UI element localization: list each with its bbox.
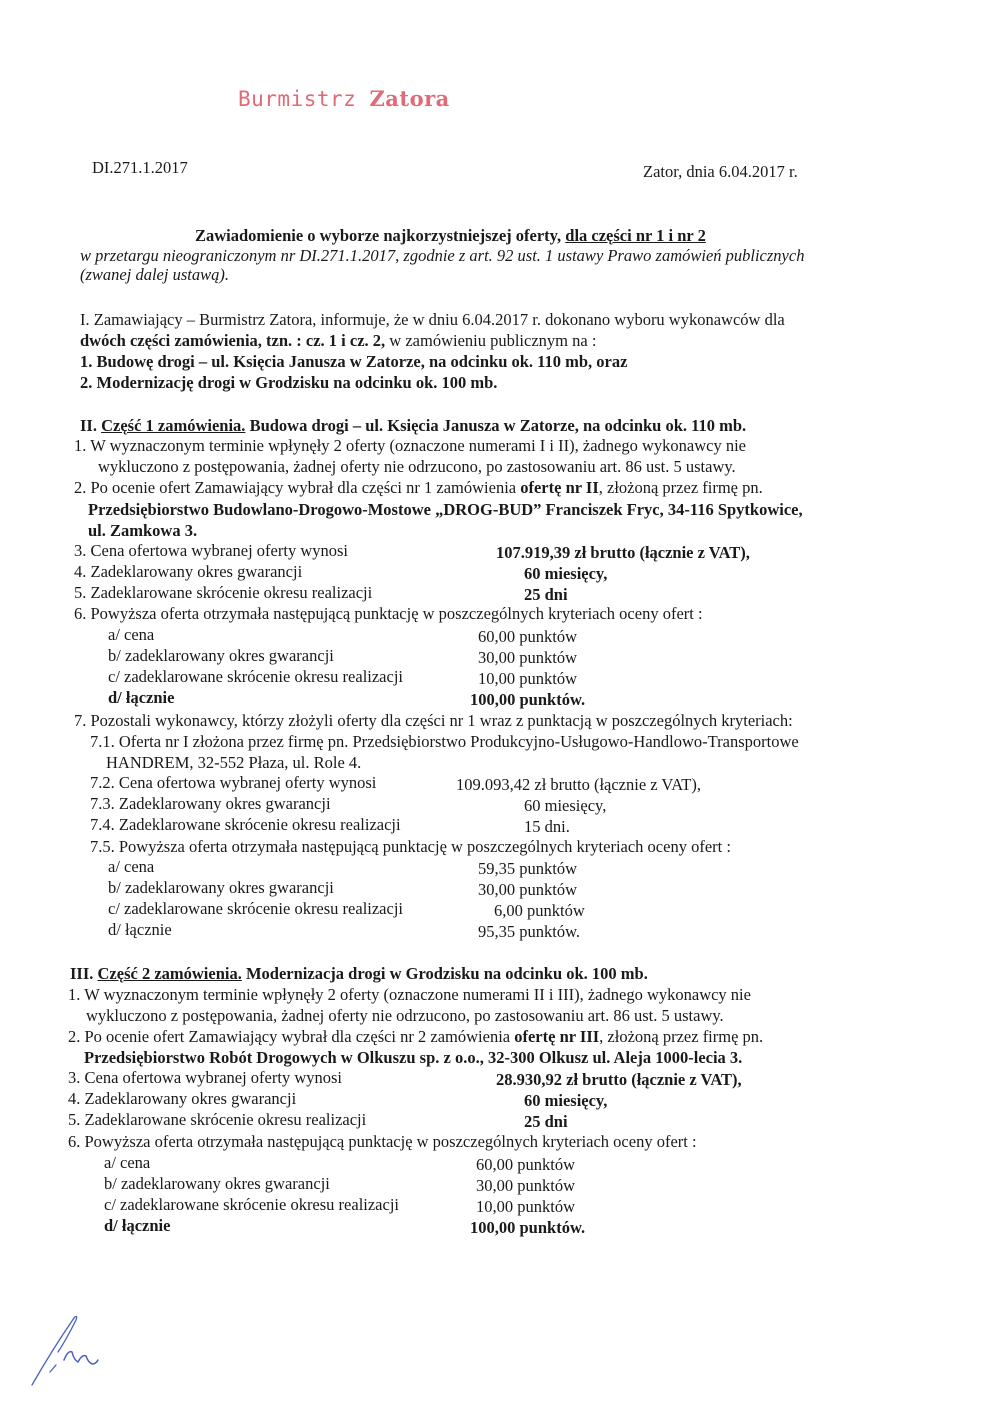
section2-heading: II. Część 1 zamówienia. Budowa drogi – u…	[80, 416, 746, 436]
section2-part-label: Część 1 zamówienia.	[101, 416, 245, 435]
place-date: Zator, dnia 6.04.2017 r.	[643, 162, 798, 182]
document-title: Zawiadomienie o wyborze najkorzystniejsz…	[195, 226, 706, 246]
section2-p2-pre: 2. Po ocenie ofert Zamawiający wybrał dl…	[74, 478, 520, 497]
section2-winner-line1: Przedsiębiorstwo Budowlano-Drogowo-Mosto…	[88, 500, 803, 520]
other-score-value: 59,35 punktów	[478, 859, 577, 879]
section3-score-value: 30,00 punktów	[476, 1176, 575, 1196]
section2-fact-label: 3. Cena ofertowa wybranej oferty wynosi	[74, 541, 348, 561]
mayor-stamp: Burmistrz Zatora	[238, 86, 450, 111]
score-value: 10,00 punktów	[478, 669, 577, 689]
score-value: 60,00 punktów	[478, 627, 577, 647]
section2-fact-label: 4. Zadeklarowany okres gwarancji	[74, 562, 302, 582]
section3-scoring-intro: 6. Powyższa oferta otrzymała następującą…	[68, 1132, 697, 1152]
section3-fact-value: 25 dni	[524, 1112, 568, 1132]
other-scoring-intro: 7.5. Powyższa oferta otrzymała następują…	[90, 837, 731, 857]
section2-p2-post: , złożoną przez firmę pn.	[599, 478, 763, 497]
section2-p2: 2. Po ocenie ofert Zamawiający wybrał dl…	[74, 478, 763, 498]
reference-number: DI.271.1.2017	[92, 158, 188, 178]
stamp-text-2: Zatora	[369, 86, 449, 111]
other-score-label: c/ zadeklarowane skrócenie okresu realiz…	[108, 899, 403, 919]
section3-heading: III. Część 2 zamówienia. Modernizacja dr…	[70, 964, 648, 984]
section3-score-value: 60,00 punktów	[476, 1155, 575, 1175]
other-fact-value: 60 miesięcy,	[524, 796, 606, 816]
section2-p1-line1: 1. W wyznaczonym terminie wpłynęły 2 ofe…	[74, 436, 746, 456]
section3-p1-line2: wykluczono z postępowania, żadnej oferty…	[86, 1006, 724, 1026]
section2-fact-value: 60 miesięcy,	[524, 564, 607, 584]
section2-fact-label: 5. Zadeklarowane skrócenie okresu realiz…	[74, 583, 372, 603]
section2-fact-value: 107.919,39 zł brutto (łącznie z VAT),	[496, 543, 750, 563]
section2-others-intro: 7. Pozostali wykonawcy, którzy złożyli o…	[74, 711, 793, 731]
score-total-label: d/ łącznie	[108, 688, 174, 708]
section3-score-label: a/ cena	[104, 1153, 150, 1173]
signature	[22, 1310, 112, 1395]
section1-item2: 2. Modernizację drogi w Grodzisku na odc…	[80, 373, 497, 393]
section3-score-total-label: d/ łącznie	[104, 1216, 170, 1236]
section3-heading-rest: Modernizacja drogi w Grodzisku na odcink…	[242, 964, 648, 983]
section1-line2-bold: dwóch części zamówienia, tzn. : cz. 1 i …	[80, 331, 385, 350]
section2-p2-bold: ofertę nr II	[520, 478, 599, 497]
title-subtitle-line1: w przetargu nieograniczonym nr DI.271.1.…	[80, 246, 804, 266]
section2-p1-line2: wykluczono z postępowania, żadnej oferty…	[98, 457, 736, 477]
section3-num: III.	[70, 964, 98, 983]
section3-p2-bold: ofertę nr III	[514, 1027, 599, 1046]
section3-fact-label: 4. Zadeklarowany okres gwarancji	[68, 1089, 296, 1109]
section2-num: II.	[80, 416, 101, 435]
section3-fact-value: 60 miesięcy,	[524, 1091, 607, 1111]
section3-score-total-value: 100,00 punktów.	[470, 1218, 585, 1238]
section3-p2-post: , złożoną przez firmę pn.	[599, 1027, 763, 1046]
section1-line2-rest: w zamówieniu publicznym na :	[385, 331, 596, 350]
handwritten-signature-icon	[22, 1310, 112, 1390]
stamp-text-1: Burmistrz	[238, 87, 369, 111]
section2-heading-rest: Budowa drogi – ul. Księcia Janusza w Zat…	[245, 416, 746, 435]
section1-line2: dwóch części zamówienia, tzn. : cz. 1 i …	[80, 331, 596, 351]
section1-line1: I. Zamawiający – Burmistrz Zatora, infor…	[80, 310, 785, 330]
section2-winner-line2: ul. Zamkowa 3.	[88, 521, 197, 541]
other-fact-label: 7.2. Cena ofertowa wybranej oferty wynos…	[90, 773, 376, 793]
section3-winner: Przedsiębiorstwo Robót Drogowych w Olkus…	[84, 1048, 742, 1068]
other-score-value: 6,00 punktów	[494, 901, 585, 921]
other-score-label: b/ zadeklarowany okres gwarancji	[108, 878, 334, 898]
section2-scoring-intro: 6. Powyższa oferta otrzymała następującą…	[74, 604, 703, 624]
score-total-value: 100,00 punktów.	[470, 690, 585, 710]
score-label: c/ zadeklarowane skrócenie okresu realiz…	[108, 667, 403, 687]
section2-fact-value: 25 dni	[524, 585, 568, 605]
other-fact-value: 15 dni.	[524, 817, 570, 837]
other-fact-value: 109.093,42 zł brutto (łącznie z VAT),	[456, 775, 701, 795]
other-score-label: a/ cena	[108, 857, 154, 877]
other-score-label: d/ łącznie	[108, 920, 172, 940]
section3-fact-value: 28.930,92 zł brutto (łącznie z VAT),	[496, 1070, 742, 1090]
title-subtitle-line2: (zwanej dalej ustawą).	[80, 265, 229, 285]
title-main: Zawiadomienie o wyborze najkorzystniejsz…	[195, 226, 565, 245]
other-score-value: 95,35 punktów.	[478, 922, 580, 942]
section3-part-label: Część 2 zamówienia.	[98, 964, 242, 983]
section1-item1: 1. Budowę drogi – ul. Księcia Janusza w …	[80, 352, 627, 372]
section3-score-label: c/ zadeklarowane skrócenie okresu realiz…	[104, 1195, 399, 1215]
section3-p1-line1: 1. W wyznaczonym terminie wpłynęły 2 ofe…	[68, 985, 751, 1005]
score-label: b/ zadeklarowany okres gwarancji	[108, 646, 334, 666]
title-underlined: dla części nr 1 i nr 2	[565, 226, 706, 245]
other-fact-label: 7.3. Zadeklarowany okres gwarancji	[90, 794, 331, 814]
other-score-value: 30,00 punktów	[478, 880, 577, 900]
section3-p2-pre: 2. Po ocenie ofert Zamawiający wybrał dl…	[68, 1027, 514, 1046]
section3-score-label: b/ zadeklarowany okres gwarancji	[104, 1174, 330, 1194]
other-fact-label: 7.4. Zadeklarowane skrócenie okresu real…	[90, 815, 401, 835]
score-value: 30,00 punktów	[478, 648, 577, 668]
section3-fact-label: 5. Zadeklarowane skrócenie okresu realiz…	[68, 1110, 366, 1130]
other-offer-line2: HANDREM, 32-552 Płaza, ul. Role 4.	[106, 753, 361, 773]
section3-p2: 2. Po ocenie ofert Zamawiający wybrał dl…	[68, 1027, 763, 1047]
other-offer-line1: 7.1. Oferta nr I złożona przez firmę pn.…	[90, 732, 799, 752]
section3-score-value: 10,00 punktów	[476, 1197, 575, 1217]
score-label: a/ cena	[108, 625, 154, 645]
section3-fact-label: 3. Cena ofertowa wybranej oferty wynosi	[68, 1068, 342, 1088]
